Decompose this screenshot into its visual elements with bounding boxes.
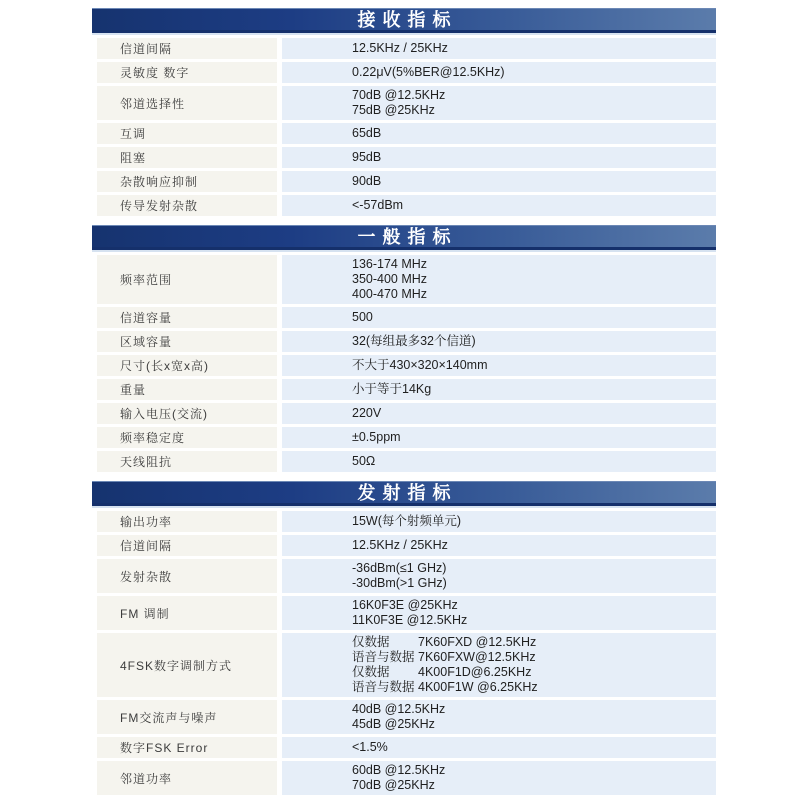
spec-value-cell: 65dB bbox=[282, 123, 716, 144]
spec-label-cell: 输入电压(交流) bbox=[97, 403, 277, 424]
spec-label: 阻塞 bbox=[120, 149, 146, 166]
spec-section: 一般指标频率范围136-174 MHz350-400 MHz400-470 MH… bbox=[92, 225, 716, 472]
spec-row: 输入电压(交流)220V bbox=[92, 403, 716, 424]
spec-value-cell: 70dB @12.5KHz75dB @25KHz bbox=[282, 86, 716, 120]
spec-label-cell: 传导发射杂散 bbox=[97, 195, 277, 216]
spec-label: 频率范围 bbox=[120, 271, 172, 288]
spec-value-line: 16K0F3E @25KHz bbox=[352, 598, 716, 613]
spec-value-text: 4K00F1D@6.25KHz bbox=[418, 665, 531, 680]
spec-value-line: 不大于430×320×140mm bbox=[352, 358, 716, 373]
spec-label-cell: 信道容量 bbox=[97, 307, 277, 328]
spec-value-line: 350-400 MHz bbox=[352, 272, 716, 287]
spec-row: 阻塞95dB bbox=[92, 147, 716, 168]
spec-label-cell: 输出功率 bbox=[97, 511, 277, 532]
spec-value-cell: 136-174 MHz350-400 MHz400-470 MHz bbox=[282, 255, 716, 304]
spec-label: 区域容量 bbox=[120, 333, 172, 350]
spec-value-cell: 小于等于14Kg bbox=[282, 379, 716, 400]
spec-value-text: 7K60FXD @12.5KHz bbox=[418, 635, 536, 650]
spec-value-text: 7K60FXW@12.5KHz bbox=[418, 650, 536, 665]
spec-table: 接收指标信道间隔12.5KHz / 25KHz灵敏度 数字0.22μV(5%BE… bbox=[92, 8, 716, 795]
spec-value-key: 语音与数据 bbox=[352, 680, 418, 695]
spec-row: 信道间隔12.5KHz / 25KHz bbox=[92, 38, 716, 59]
spec-label-cell: 数字FSK Error bbox=[97, 737, 277, 758]
spec-section: 接收指标信道间隔12.5KHz / 25KHz灵敏度 数字0.22μV(5%BE… bbox=[92, 8, 716, 216]
spec-value-line: <-57dBm bbox=[352, 198, 716, 213]
section-title: 接收指标 bbox=[351, 11, 458, 29]
spec-value-text: 4K00F1W @6.25KHz bbox=[418, 680, 538, 695]
spec-label: 邻道功率 bbox=[120, 770, 172, 787]
spec-row: 发射杂散-36dBm(≤1 GHz)-30dBm(>1 GHz) bbox=[92, 559, 716, 593]
spec-value-line: ±0.5ppm bbox=[352, 430, 716, 445]
spec-row: 信道间隔12.5KHz / 25KHz bbox=[92, 535, 716, 556]
spec-label: 信道容量 bbox=[120, 309, 172, 326]
section-header-underline bbox=[92, 33, 716, 35]
spec-value-cell: 500 bbox=[282, 307, 716, 328]
spec-label: 尺寸(长x宽x高) bbox=[120, 357, 209, 374]
spec-value-key: 仅数据 bbox=[352, 635, 418, 650]
spec-row: FM交流声与噪声40dB @12.5KHz45dB @25KHz bbox=[92, 700, 716, 734]
spec-value-line: 500 bbox=[352, 310, 716, 325]
spec-value-line: 95dB bbox=[352, 150, 716, 165]
spec-row: 数字FSK Error<1.5% bbox=[92, 737, 716, 758]
spec-value-cell: 仅数据7K60FXD @12.5KHz语音与数据7K60FXW@12.5KHz仅… bbox=[282, 633, 716, 697]
spec-value-line: 136-174 MHz bbox=[352, 257, 716, 272]
spec-label-cell: 天线阻抗 bbox=[97, 451, 277, 472]
spec-value-cell: 16K0F3E @25KHz11K0F3E @12.5KHz bbox=[282, 596, 716, 630]
spec-value-cell: 50Ω bbox=[282, 451, 716, 472]
spec-row: 尺寸(长x宽x高)不大于430×320×140mm bbox=[92, 355, 716, 376]
spec-value-line: 12.5KHz / 25KHz bbox=[352, 41, 716, 56]
section-header: 一般指标 bbox=[92, 225, 716, 250]
spec-value-cell: -36dBm(≤1 GHz)-30dBm(>1 GHz) bbox=[282, 559, 716, 593]
spec-label-cell: 杂散响应抑制 bbox=[97, 171, 277, 192]
spec-value-cell: <-57dBm bbox=[282, 195, 716, 216]
spec-row: 区域容量32(每组最多32个信道) bbox=[92, 331, 716, 352]
spec-label: 灵敏度 数字 bbox=[120, 64, 189, 81]
spec-value-line: 60dB @12.5KHz bbox=[352, 763, 716, 778]
spec-label-cell: 信道间隔 bbox=[97, 38, 277, 59]
spec-value-cell: 32(每组最多32个信道) bbox=[282, 331, 716, 352]
spec-value-cell: 不大于430×320×140mm bbox=[282, 355, 716, 376]
spec-value-line: 语音与数据7K60FXW@12.5KHz bbox=[352, 650, 716, 665]
spec-value-line: 220V bbox=[352, 406, 716, 421]
spec-value-key: 语音与数据 bbox=[352, 650, 418, 665]
spec-label: 天线阻抗 bbox=[120, 453, 172, 470]
spec-label-cell: 信道间隔 bbox=[97, 535, 277, 556]
spec-label: 信道间隔 bbox=[120, 537, 172, 554]
spec-value-line: 12.5KHz / 25KHz bbox=[352, 538, 716, 553]
spec-value-line: 小于等于14Kg bbox=[352, 382, 716, 397]
spec-row: 互调65dB bbox=[92, 123, 716, 144]
spec-value-line: 15W(每个射频单元) bbox=[352, 514, 716, 529]
spec-label: 邻道选择性 bbox=[120, 95, 185, 112]
spec-sheet: 接收指标信道间隔12.5KHz / 25KHz灵敏度 数字0.22μV(5%BE… bbox=[92, 0, 716, 795]
spec-label-cell: 阻塞 bbox=[97, 147, 277, 168]
spec-label-cell: 区域容量 bbox=[97, 331, 277, 352]
spec-label: 频率稳定度 bbox=[120, 429, 185, 446]
spec-row: 邻道功率60dB @12.5KHz70dB @25KHz bbox=[92, 761, 716, 795]
spec-row: 邻道选择性70dB @12.5KHz75dB @25KHz bbox=[92, 86, 716, 120]
spec-row: 信道容量500 bbox=[92, 307, 716, 328]
section-header: 接收指标 bbox=[92, 8, 716, 33]
spec-label: 信道间隔 bbox=[120, 40, 172, 57]
spec-label-cell: 尺寸(长x宽x高) bbox=[97, 355, 277, 376]
spec-value-line: 32(每组最多32个信道) bbox=[352, 334, 716, 349]
spec-value-cell: 0.22μV(5%BER@12.5KHz) bbox=[282, 62, 716, 83]
spec-value-line: 0.22μV(5%BER@12.5KHz) bbox=[352, 65, 716, 80]
spec-label-cell: 频率范围 bbox=[97, 255, 277, 304]
spec-label-cell: 灵敏度 数字 bbox=[97, 62, 277, 83]
spec-label: 互调 bbox=[120, 125, 146, 142]
spec-value-cell: 12.5KHz / 25KHz bbox=[282, 38, 716, 59]
spec-value-line: 400-470 MHz bbox=[352, 287, 716, 302]
spec-value-cell: 95dB bbox=[282, 147, 716, 168]
spec-value-key: 仅数据 bbox=[352, 665, 418, 680]
spec-value-cell: 60dB @12.5KHz70dB @25KHz bbox=[282, 761, 716, 795]
section-header: 发射指标 bbox=[92, 481, 716, 506]
spec-value-line: -36dBm(≤1 GHz) bbox=[352, 561, 716, 576]
spec-row: 输出功率15W(每个射频单元) bbox=[92, 511, 716, 532]
spec-value-line: -30dBm(>1 GHz) bbox=[352, 576, 716, 591]
spec-row: 灵敏度 数字0.22μV(5%BER@12.5KHz) bbox=[92, 62, 716, 83]
spec-value-line: 40dB @12.5KHz bbox=[352, 702, 716, 717]
section-header-underline bbox=[92, 250, 716, 252]
spec-row: FM 调制16K0F3E @25KHz11K0F3E @12.5KHz bbox=[92, 596, 716, 630]
spec-row: 频率范围136-174 MHz350-400 MHz400-470 MHz bbox=[92, 255, 716, 304]
spec-value-line: 11K0F3E @12.5KHz bbox=[352, 613, 716, 628]
section-title: 发射指标 bbox=[351, 484, 458, 502]
spec-row: 4FSK数字调制方式仅数据7K60FXD @12.5KHz语音与数据7K60FX… bbox=[92, 633, 716, 697]
spec-label-cell: 发射杂散 bbox=[97, 559, 277, 593]
spec-value-cell: 90dB bbox=[282, 171, 716, 192]
spec-value-line: 65dB bbox=[352, 126, 716, 141]
spec-row: 杂散响应抑制90dB bbox=[92, 171, 716, 192]
spec-label-cell: FM 调制 bbox=[97, 596, 277, 630]
spec-value-line: 仅数据4K00F1D@6.25KHz bbox=[352, 665, 716, 680]
spec-label: 输入电压(交流) bbox=[120, 405, 208, 422]
spec-label: 重量 bbox=[120, 381, 146, 398]
spec-row: 频率稳定度±0.5ppm bbox=[92, 427, 716, 448]
spec-label: 传导发射杂散 bbox=[120, 197, 198, 214]
spec-label: FM 调制 bbox=[120, 605, 170, 622]
spec-label-cell: 重量 bbox=[97, 379, 277, 400]
spec-value-cell: 220V bbox=[282, 403, 716, 424]
spec-value-cell: ±0.5ppm bbox=[282, 427, 716, 448]
spec-value-line: 50Ω bbox=[352, 454, 716, 469]
spec-row: 传导发射杂散<-57dBm bbox=[92, 195, 716, 216]
spec-value-cell: <1.5% bbox=[282, 737, 716, 758]
spec-label-cell: FM交流声与噪声 bbox=[97, 700, 277, 734]
spec-value-line: 70dB @12.5KHz bbox=[352, 88, 716, 103]
spec-label-cell: 互调 bbox=[97, 123, 277, 144]
spec-label: 发射杂散 bbox=[120, 568, 172, 585]
spec-value-cell: 15W(每个射频单元) bbox=[282, 511, 716, 532]
spec-label-cell: 邻道功率 bbox=[97, 761, 277, 795]
spec-value-line: 45dB @25KHz bbox=[352, 717, 716, 732]
spec-label-cell: 邻道选择性 bbox=[97, 86, 277, 120]
spec-label: 杂散响应抑制 bbox=[120, 173, 198, 190]
spec-value-line: 70dB @25KHz bbox=[352, 778, 716, 793]
spec-label: FM交流声与噪声 bbox=[120, 709, 217, 726]
spec-label: 4FSK数字调制方式 bbox=[120, 657, 232, 674]
spec-label-cell: 频率稳定度 bbox=[97, 427, 277, 448]
spec-row: 天线阻抗50Ω bbox=[92, 451, 716, 472]
spec-value-line: 仅数据7K60FXD @12.5KHz bbox=[352, 635, 716, 650]
spec-value-line: 语音与数据4K00F1W @6.25KHz bbox=[352, 680, 716, 695]
section-header-underline bbox=[92, 506, 716, 508]
spec-label: 数字FSK Error bbox=[120, 739, 208, 756]
spec-value-line: 90dB bbox=[352, 174, 716, 189]
spec-value-cell: 40dB @12.5KHz45dB @25KHz bbox=[282, 700, 716, 734]
spec-label-cell: 4FSK数字调制方式 bbox=[97, 633, 277, 697]
section-title: 一般指标 bbox=[351, 228, 458, 246]
spec-value-line: 75dB @25KHz bbox=[352, 103, 716, 118]
spec-value-line: <1.5% bbox=[352, 740, 716, 755]
spec-section: 发射指标输出功率15W(每个射频单元)信道间隔12.5KHz / 25KHz发射… bbox=[92, 481, 716, 795]
spec-row: 重量小于等于14Kg bbox=[92, 379, 716, 400]
spec-value-cell: 12.5KHz / 25KHz bbox=[282, 535, 716, 556]
spec-label: 输出功率 bbox=[120, 513, 172, 530]
